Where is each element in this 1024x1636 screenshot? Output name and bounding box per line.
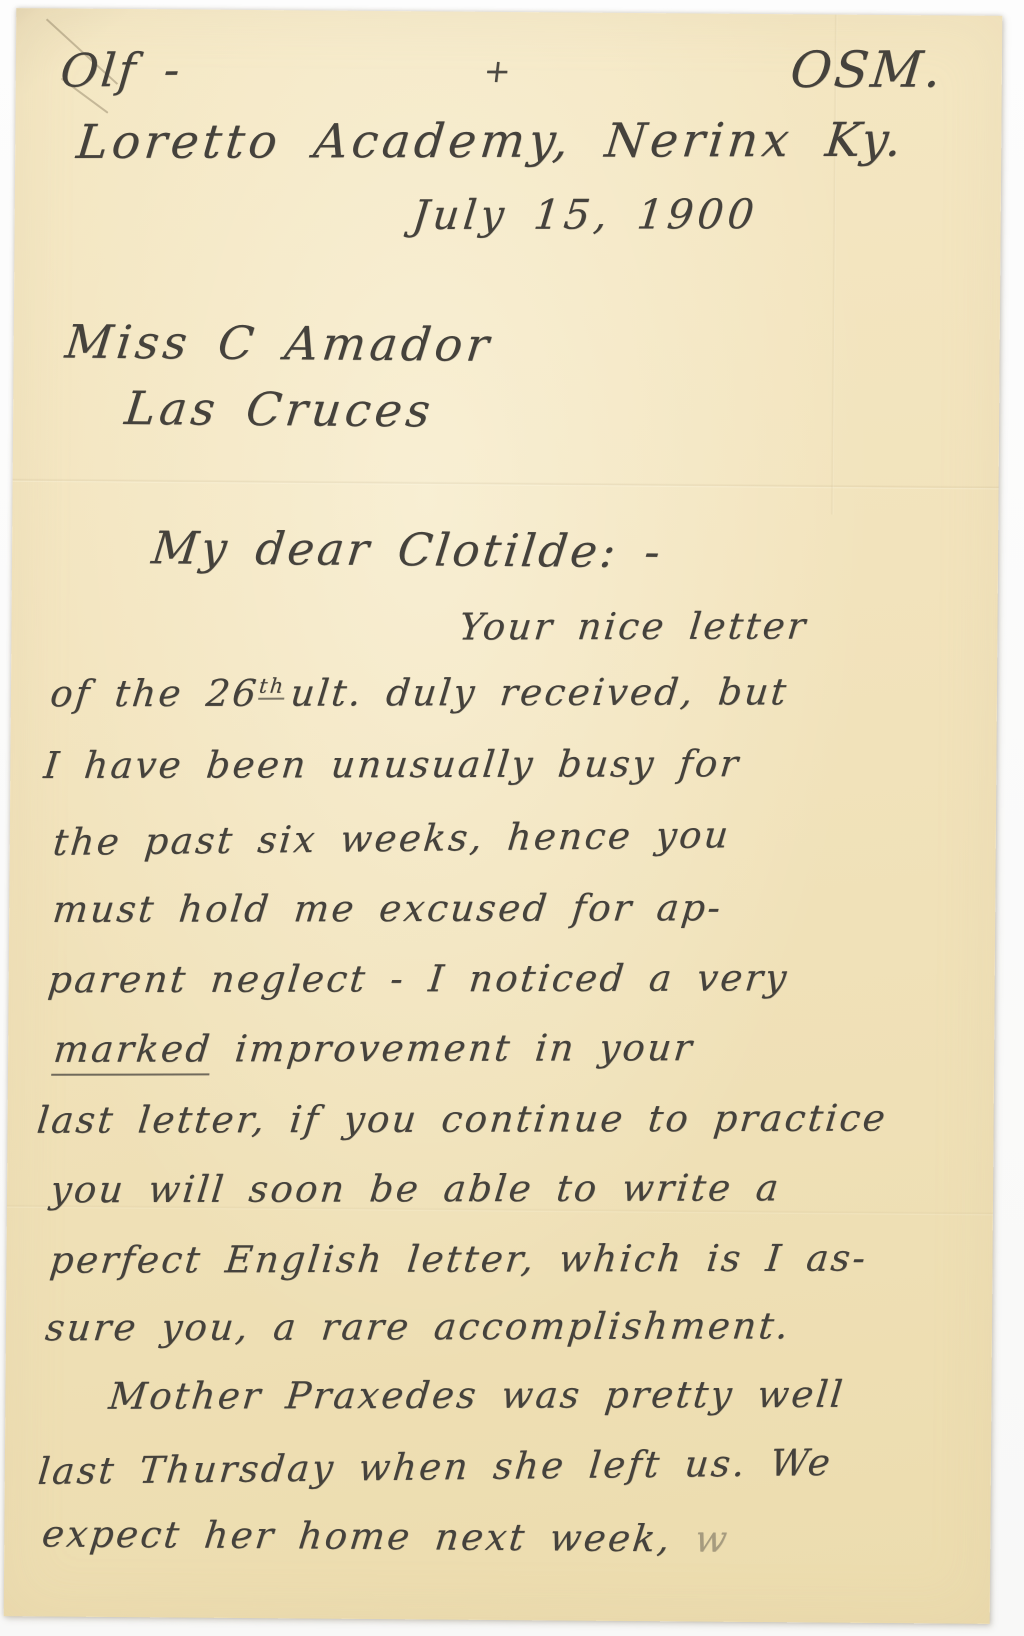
monogram-right: OSM.	[788, 41, 946, 99]
body-line: sure you, a rare accomplishment.	[43, 1304, 792, 1349]
body-text: expect her home next week,	[40, 1512, 698, 1560]
underlined-word: marked	[51, 1027, 214, 1075]
body-line: last Thursday when she left us. We	[36, 1441, 834, 1493]
body-line: you will soon be able to write a	[48, 1166, 782, 1211]
faint-cutoff-word: w	[693, 1518, 732, 1561]
horizontal-fold-crease	[13, 478, 999, 490]
letter-paper: Olf - + OSM. Loretto Academy, Nerinx Ky.…	[4, 8, 1003, 1624]
body-text: of the 26	[48, 672, 260, 716]
recipient-place: Las Cruces	[122, 381, 437, 437]
body-line: expect her home next week, w	[40, 1512, 732, 1560]
monogram-left: Olf -	[58, 42, 184, 97]
body-line: marked improvement in your	[52, 1026, 697, 1071]
body-text: improvement in your	[210, 1026, 697, 1070]
body-line: must hold me excused for ap-	[51, 886, 725, 931]
body-text: ult. duly received, but	[289, 670, 791, 714]
scan-background: Olf - + OSM. Loretto Academy, Nerinx Ky.…	[0, 0, 1024, 1636]
body-line: Your nice letter	[457, 605, 810, 649]
body-line: perfect English letter, which is I as-	[48, 1237, 870, 1282]
salutation: My dear Clotilde: -	[149, 521, 666, 578]
body-line: Mother Praxedes was pretty well	[107, 1373, 847, 1418]
body-line: of the 26thult. duly received, but	[48, 670, 790, 715]
origin-line: Loretto Academy, Nerinx Ky.	[74, 113, 908, 170]
body-line: parent neglect - I noticed a very	[46, 956, 791, 1001]
recipient-name: Miss C Amador	[63, 315, 496, 372]
body-line: the past six weeks, hence you	[51, 813, 732, 864]
cross-mark: +	[482, 52, 513, 90]
date-line: July 15, 1900	[410, 190, 760, 239]
ordinal-superscript: th	[258, 673, 287, 699]
body-line: I have been unusually busy for	[42, 742, 743, 787]
body-line: last letter, if you continue to practice	[35, 1097, 890, 1142]
